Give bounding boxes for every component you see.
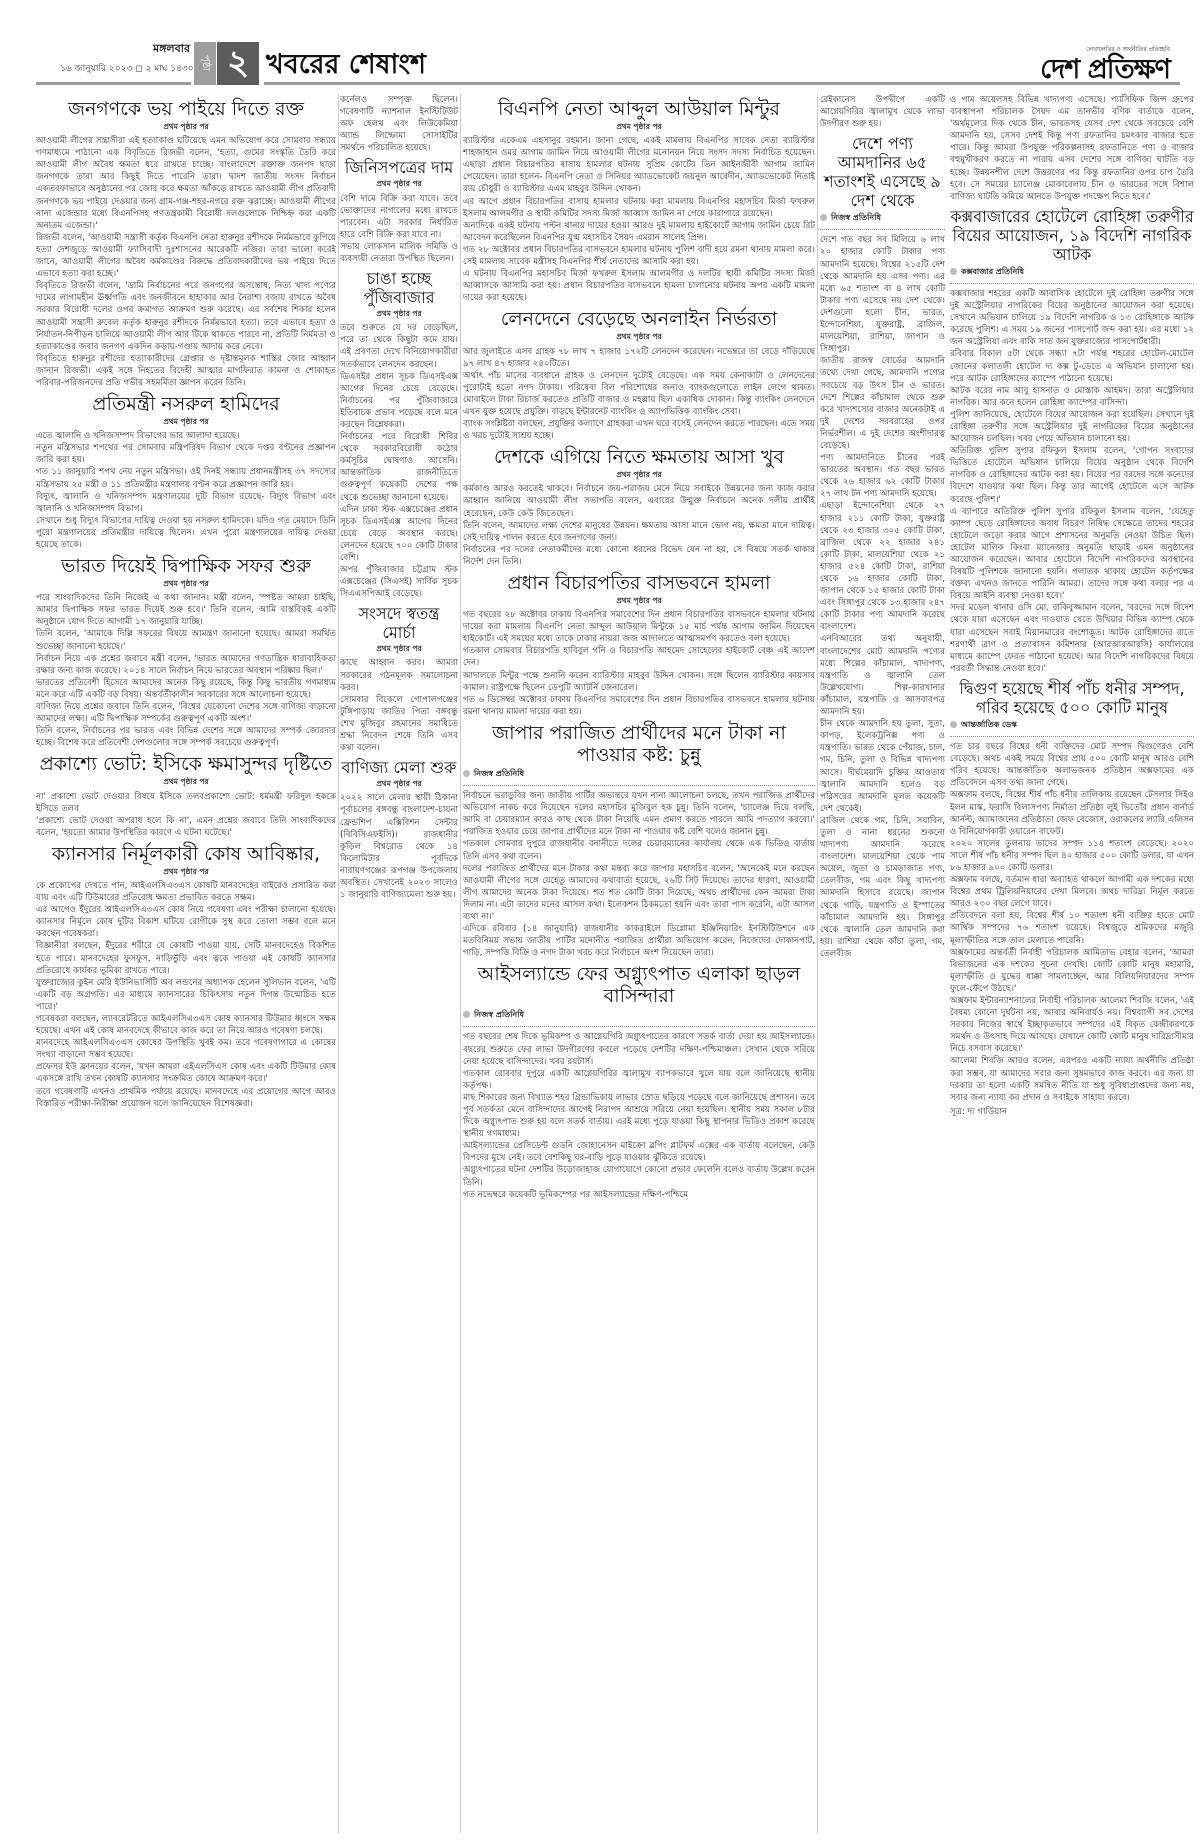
column-divider <box>817 94 818 1833</box>
article-headline[interactable]: দ্বিগুণ হয়েছে শীর্ষ পাঁচ ধনীর সম্পদ, গর… <box>950 679 1194 717</box>
article-trade-fair: বাণিজ্য মেলা শুরু প্রথম পৃষ্ঠার পর ২০২২ … <box>340 758 458 901</box>
article-paragraph: ভারতের প্রতিবেশী হিসেবে আমাদের অনেক কিছু… <box>36 677 336 701</box>
article-paragraph: দলের পরাজিত প্রার্থীদের মনে টাকার কথা মন… <box>463 863 815 923</box>
article-headline[interactable]: প্রতিমন্ত্রী নসরুল হামিদের <box>36 393 336 415</box>
article-paragraph: কে প্রকোপের দেখতে পান, আইএলসিএ৩এস কোষটি … <box>36 880 336 904</box>
column-4: রেইকানেস উপদ্বীপে একটি আগ্নেয়গিরির জ্বা… <box>820 94 945 1843</box>
byline-text: কক্সবাজার প্রতিনিধি <box>961 267 1024 276</box>
article-paragraph: প্রফেসর ইউ ফ্রানয়ের বলেন, 'যখন আমরা এইএ… <box>36 1061 336 1085</box>
article-paragraph: এ ঘটনায় বিএনপির মহাসচিব মির্জা ফখরুল ইস… <box>463 268 815 304</box>
article-paragraph: নতুন মন্ত্রিসভার শপথের পর সোমবার মন্ত্রি… <box>36 442 336 466</box>
continued-label: প্রথম পৃষ্ঠার পর <box>340 778 458 790</box>
article-paragraph: গবেষকরা বলছেন, ল্যাবরেটরিতে আইএলসিএ৩এস ক… <box>36 1013 336 1037</box>
page-number: ২ <box>217 42 259 85</box>
article-headline[interactable]: বিএনপি নেতা আব্দুল আউয়াল মিন্টুর <box>463 98 815 120</box>
article-paragraph: ও পাম অয়েলসহ বিভিন্ন খাদ্যপণ্য এসেছে। প… <box>950 94 1194 203</box>
article-paragraph: ব্যাংক সংশ্লিষ্টরা বলছেন, প্রযুক্তির কল্… <box>463 418 815 442</box>
article-paragraph: সদর মডেল থানার ওসি মো. রাকিবুজ্জামান বলে… <box>950 602 1194 675</box>
article-paragraph: ব্রাজিল থেকে গম, চিনি, সয়াবিন, তুলা ও ন… <box>820 815 945 960</box>
article-paragraph: গতকাল সোমবার দুপুরে রাজধানীর বনানীতে দলে… <box>463 838 815 862</box>
article-paragraph: অক্সফাম বলছে, বর্তমান ধারা অব্যাহত থাকলে… <box>950 874 1194 910</box>
continued-label: প্রথম পৃষ্ঠার পর <box>36 416 336 428</box>
article-paragraph: গত বছরের শেষ দিকে ভূমিকম্প ও আগ্নেয়গিরি… <box>463 1031 815 1067</box>
issue-day: মঙ্গলবার <box>60 40 190 59</box>
continued-label: প্রথম পৃষ্ঠার পর <box>36 866 336 878</box>
article-paragraph: এতে জ্বালানি ও খনিজসম্পদ বিভাগের ভার আলা… <box>36 430 336 442</box>
continued-label: প্রথম পৃষ্ঠার পর <box>340 308 458 320</box>
byline: কক্সবাজার প্রতিনিধি <box>950 266 1194 284</box>
article-paragraph: মানবদেহে আইএলসিএ৩এস কোষের উপস্থিতি খুবই … <box>36 1037 336 1061</box>
article-paragraph: বিদ্যুৎ, জ্বালানি ও খনিজসম্পদ মন্ত্রণালয… <box>36 491 336 515</box>
newspaper-logo: লেখালেখির ও অর্থনীতির প্রতিচ্ছবি দেশ প্র… <box>1040 44 1170 85</box>
article-paragraph: আলেমা শিবজি আরও বলেন, এরপরও একটি ন্যায্য… <box>950 1055 1194 1103</box>
article-paragraph: সভায় লোকসান মালিক সমিতি ও ব্যবসায়ী নেত… <box>340 241 458 265</box>
byline-text: আন্তর্জাতিক ডেস্ক <box>961 720 1017 729</box>
article-iceland-eruption: আইসল্যান্ডে ফের অগ্ন্যুৎপাত এলাকা ছাড়ল … <box>463 963 815 1200</box>
article-paragraph: পুলিশ জানিয়েছে, হোটেলে বিয়ের আয়োজন কর… <box>950 409 1194 445</box>
article-paragraph: পণ্য আমদানিতে চীনের পরই ভারতের অবস্থান। … <box>820 452 945 500</box>
article-source: সূত্র: দ্য গার্ডিয়ান <box>950 1106 1194 1118</box>
continued-label: প্রথম পৃষ্ঠার পর <box>463 331 815 343</box>
bullet-icon <box>950 721 957 728</box>
article-paragraph: মাছ শিকারের জন্য বিখ্যাত শহর গ্রিন্ডাভিক… <box>463 1092 815 1140</box>
article-headline[interactable]: দেশকে এগিয়ে নিতে ক্ষমতায় আসা খুব <box>463 446 815 468</box>
article-headline[interactable]: জিনিসপত্রের দাম <box>340 158 458 177</box>
bullet-icon <box>463 1011 470 1018</box>
article-paragraph: কাছে আহ্বান করব। আমরা সরকারের গঠনমূলক সম… <box>340 657 458 693</box>
article-imports-nine-countries: রেইকানেস উপদ্বীপে একটি আগ্নেয়গিরির জ্বা… <box>820 94 945 960</box>
article-headline[interactable]: আইসল্যান্ডে ফের অগ্ন্যুৎপাত এলাকা ছাড়ল … <box>463 963 815 1007</box>
article-paragraph: অগ্ন্যুৎপাতের ঘটনা দেশটির উড়োজাহাজ যোগা… <box>463 1164 815 1188</box>
article-headline[interactable]: লেনদেনে বেড়েছে অনলাইন নির্ভরতা <box>463 308 815 330</box>
article-paragraph: সেখানে শুধু বিদ্যুৎ বিভাগের দায়িত্ব দেও… <box>36 515 336 551</box>
article-headline[interactable]: সংসদে স্বতন্ত্র মোর্চা <box>340 604 458 642</box>
article-paragraph: তিনি বলেন, আমাদের লক্ষ্য দেশের মানুষের উ… <box>463 520 815 544</box>
masthead: মঙ্গলবার ১৬ জানুয়ারি ২০২৩ ◻ ২ মাঘ ১৪৩০ … <box>0 0 1200 86</box>
brand-name: দেশ প্রতিক্ষণ <box>1040 55 1170 85</box>
article-paragraph: কক্সবাজার শহরের একটি আবাসিক হোটেলে দুই র… <box>950 288 1194 348</box>
article-paragraph: এছাড়া ইন্দোনেশিয়া থেকে ২৭ হাজার ২১১ কো… <box>820 500 945 633</box>
byline: আন্তর্জাতিক ডেস্ক <box>950 719 1194 737</box>
article-japa-chunnu: জাপার পরাজিত প্রার্থীদের মনে টাকা না পাও… <box>463 722 815 959</box>
article-rohingya-wedding: কক্সবাজারের হোটেলে রোহিঙ্গা তরুণীর বিয়ে… <box>950 207 1194 675</box>
article-paragraph: রেইকানেস উপদ্বীপে একটি আগ্নেয়গিরির জ্বা… <box>820 94 945 130</box>
article-paragraph: রিজভী বলেন, 'আওয়ামী সন্ত্রাসী কর্তৃক বি… <box>36 232 336 280</box>
article-paragraph: প্রতিবেদনে বলা হয়, বিশ্বের শীর্ষ ১০ শতা… <box>950 910 1194 946</box>
article-blood-to-scare-people: জনগণকে ভয় পাইয়ে দিতে রক্ত প্রথম পৃষ্ঠা… <box>36 98 336 389</box>
continued-label: প্রথম পৃষ্ঠার পর <box>463 595 815 607</box>
article-paragraph: গত বছরের ২৮ অক্টোবর ঢাকায় বিএনপির সমাবে… <box>463 609 815 645</box>
article-paragraph: অপর পুঁজিবাজার চট্টগ্রাম স্টক এক্সচেঞ্জে… <box>340 564 458 600</box>
article-paragraph: অন্যদিকে একই ঘটনায় পল্টন থানায় দায়ের … <box>463 220 815 244</box>
article-paragraph: আর জুলাইতে এসব গ্রাহক ৭৮ লাখ ৭ হাজার ১৭২… <box>463 346 815 370</box>
article-paragraph: তিনি বলেন, নির্বাচনের পর ভারত এবং বিভিন্… <box>36 725 336 749</box>
article-paragraph: গত চার বছরে বিশ্বের ধনী ব্যক্তিদের মোট স… <box>950 741 1194 789</box>
page-label: পৃষ্ঠা <box>194 42 216 85</box>
article-paragraph: আওয়ামী লীগের সন্ত্রাসীরা এই হত্যাকাণ্ড … <box>36 135 336 232</box>
article-paragraph: কর্নেলও সম্পৃক্ত ছিলেন। গবেষণাটি ন্যাশনা… <box>340 94 458 154</box>
article-commodity-prices: জিনিসপত্রের দাম প্রথম পৃষ্ঠার পর বেশি দা… <box>340 158 458 265</box>
byline: নিজস্ব প্রতিনিধি <box>463 1009 815 1027</box>
bullet-icon <box>463 770 470 777</box>
byline-text: নিজস্ব প্রতিনিধি <box>474 769 524 778</box>
article-paragraph: দেশে গত বছর সব মিলিয়ে ৬ লাখ ২০ হাজার কো… <box>820 234 945 355</box>
article-paragraph: ২০২২ সালে মেলার স্থায়ী ঠিকানা পূর্বাচলে… <box>340 792 458 901</box>
article-paragraph: পরে সাংবাদিকদের তিনি নিজেই এ কথা জানান। … <box>36 592 336 628</box>
article-paragraph: নির্বাচনের পরে বিরোধী শিবির থেকে সরকারবি… <box>340 431 458 504</box>
article-paragraph: এ ব্যাপারে অতিরিক্ত পুলিশ সুপার রফিকুল ই… <box>950 506 1194 603</box>
article-paragraph: 'প্রকাশ্যে ভোট দেওয়া অপরাধ হলে কি না', … <box>36 815 336 839</box>
column-3: বিএনপি নেতা আব্দুল আউয়াল মিন্টুর প্রথম … <box>463 94 815 1843</box>
column-1: জনগণকে ভয় পাইয়ে দিতে রক্ত প্রথম পৃষ্ঠা… <box>36 94 336 1843</box>
article-headline[interactable]: চাঙা হচ্ছে পুঁজিবাজার <box>340 269 458 307</box>
article-headline[interactable]: প্রধান বিচারপতির বাসভবনে হামলা <box>463 572 815 594</box>
article-paragraph: অক্সফাম বলছে, বিশ্বের শীর্ষ পাঁচ ধনীর তা… <box>950 789 1194 837</box>
issue-date-block: মঙ্গলবার ১৬ জানুয়ারি ২০২৩ ◻ ২ মাঘ ১৪৩০ <box>60 40 190 76</box>
continued-label: প্রথম পৃষ্ঠার পর <box>463 121 815 133</box>
article-imports-continued: ও পাম অয়েলসহ বিভিন্ন খাদ্যপণ্য এসেছে। প… <box>950 94 1194 203</box>
byline: নিজস্ব প্রতিনিধি <box>820 212 945 230</box>
article-paragraph: যুক্তরাজ্যের কুইন মেরি ইউনিভার্সিটি অব ল… <box>36 977 336 1013</box>
article-headline[interactable]: প্রকাশ্যে ভোট: ইসিকে ক্ষমাসুন্দর দৃষ্টিত… <box>36 753 336 775</box>
article-paragraph: বেশি দামে বিক্রি করা যাবে। তবে ভোক্তাদের… <box>340 193 458 241</box>
article-chief-justice-attack: প্রধান বিচারপতির বাসভবনে হামলা প্রথম পৃষ… <box>463 572 815 718</box>
article-open-vote: প্রকাশ্যে ভোট: ইসিকে ক্ষমাসুন্দর দৃষ্টিত… <box>36 753 336 838</box>
article-headline[interactable]: কক্সবাজারের হোটেলে রোহিঙ্গা তরুণীর বিয়ে… <box>950 207 1194 264</box>
article-paragraph: আটক বরের নাম আবু হাসনাত ও মোস্তাক আহমদ। … <box>950 385 1194 409</box>
article-paragraph: অক্সফাম ইন্টারন্যাশনালের নির্বাহী পরিচাল… <box>950 995 1194 1055</box>
article-cancer-cell: ক্যানসার নির্মূলকারী কোষ আবিষ্কার, প্রথম… <box>36 843 336 1110</box>
article-paragraph: ২০২০ সালের তুলনায় তাদের সম্পদ ১১৪ শতাংশ… <box>950 838 1194 874</box>
article-paragraph: বিজ্ঞানীরা বলছেন, ইঁদুরের শরীরে যে কোষটি… <box>36 940 336 976</box>
continued-label: প্রথম পৃষ্ঠার পর <box>36 578 336 590</box>
continued-label: প্রথম পৃষ্ঠার পর <box>340 178 458 190</box>
article-headline[interactable]: ভারত দিয়েই দ্বিপাক্ষিক সফর শুরু <box>36 555 336 577</box>
article-paragraph: কর্মকাণ্ড আরও করতেই থাকবে। নির্বাচনে জয়… <box>463 483 815 519</box>
article-paragraph: এর আগে প্রধান বিচারপতির বাসায় হামলার ঘট… <box>463 196 815 220</box>
article-india-visit: ভারত দিয়েই দ্বিপাক্ষিক সফর শুরু প্রথম প… <box>36 555 336 749</box>
article-online-transactions: লেনদেনে বেড়েছে অনলাইন নির্ভরতা প্রথম পৃ… <box>463 308 815 442</box>
byline: নিজস্ব প্রতিনিধি <box>463 768 815 786</box>
continued-label: প্রথম পৃষ্ঠার পর <box>36 776 336 788</box>
article-paragraph: ডিএসইর প্রধান সূচক ডিএসইএক্স আগের দিনের … <box>340 371 458 431</box>
bullet-icon <box>820 214 827 221</box>
continued-label: প্রথম পৃষ্ঠার পর <box>340 643 458 655</box>
article-paragraph: গতকাল সোমবার বিচারপতি হাবিবুল গনি ও বিচা… <box>463 645 815 669</box>
article-paragraph: অতিরিক্ত পুলিশ সুপার রফিকুল ইসলাম বলেন, … <box>950 445 1194 505</box>
article-paragraph: আইসল্যান্ডের প্রেসিডেন্ট গুডনি জোহানেসন … <box>463 1140 815 1164</box>
article-paragraph: অর্থাৎ পাঁচ মাসের ব্যবধানে গ্রাহক ও লেনদ… <box>463 370 815 418</box>
article-paragraph: অক্সফামের অন্তর্বর্তী নির্বাহী পরিচালক আ… <box>950 947 1194 995</box>
article-paragraph: গত ১১ জানুয়ারি শপথ নেয় নতুন মন্ত্রিসভা… <box>36 466 336 490</box>
article-headline[interactable]: বাণিজ্য মেলা শুরু <box>340 758 458 777</box>
column-divider <box>338 94 339 1833</box>
article-paragraph: গতকাল রোববার দুপুরে একটি আগ্নেয়গিরির জ্… <box>463 1068 815 1092</box>
article-paragraph: বিবৃতিতে হারুনুর রশীদের হত্যাকারীদের গ্র… <box>36 353 336 389</box>
article-paragraph: গত ২৮ অক্টোবর প্রধান বিচারপতির বাসভবনে হ… <box>463 244 815 268</box>
article-paragraph: এর আগেও ইঁদুরের আইএলসিএ৩এস কোষ নিয়ে গবে… <box>36 904 336 940</box>
article-independent-alliance: সংসদে স্বতন্ত্র মোর্চা প্রথম পৃষ্ঠার পর … <box>340 604 458 754</box>
continued-label: প্রথম পৃষ্ঠার পর <box>36 121 336 133</box>
article-paragraph: গত ৬ ডিসেম্বর অক্টোবর ঢাকায় বিএনপির সমা… <box>463 694 815 718</box>
article-paragraph: চীন থেকে আমদানি হয় তুলা, সুতা, কাপড়, ই… <box>820 718 945 815</box>
article-paragraph: জাতীয় রাজস্ব বোর্ডের আমদানি তথ্যে দেখা … <box>820 355 945 452</box>
article-headline[interactable]: জনগণকে ভয় পাইয়ে দিতে রক্ত <box>36 98 336 120</box>
bullet-icon <box>950 268 957 275</box>
article-paragraph: বাণিজ্য নিয়ে প্রশ্নের জবাবে তিনি বলেন, … <box>36 701 336 725</box>
article-paragraph: তিনি বলেন, 'আমাকে দিল্লি সফরের বিষয়ে আম… <box>36 628 336 652</box>
article-mintu-bail: বিএনপি নেতা আব্দুল আউয়াল মিন্টুর প্রথম … <box>463 98 815 304</box>
article-oxfam-wealth: দ্বিগুণ হয়েছে শীর্ষ পাঁচ ধনীর সম্পদ, গর… <box>950 679 1194 1118</box>
article-paragraph: আদালতে মিন্টুর পক্ষে শুনানি করেন ব্যারিস… <box>463 670 815 694</box>
article-headline[interactable]: জাপার পরাজিত প্রার্থীদের মনে টাকা না পাও… <box>463 722 815 766</box>
article-paragraph: তবে গবেষণাটি এখনও প্রাথমিক পর্যায়ে রয়ে… <box>36 1086 336 1110</box>
article-paragraph: এদিন ঢাকা স্টক এক্সচেঞ্জের প্রধান সূচক ড… <box>340 504 458 564</box>
article-paragraph: নির্বাচন নিয়ে এক প্রশ্নের জবাবে মন্ত্রী… <box>36 653 336 677</box>
column-divider <box>460 94 461 1833</box>
article-paragraph: গত নভেম্বরে কয়েকটি ভূমিকম্পের পর আইসল্য… <box>463 1189 815 1201</box>
article-paragraph: রবিবার বিকাল ৫টা থেকে সন্ধ্যা ৭টা পর্যন্… <box>950 348 1194 384</box>
header-rule-left <box>36 82 191 85</box>
article-headline[interactable]: দেশে পণ্য আমদানির ৬৫ শতাংশই এসেছে ৯ দেশ … <box>820 134 945 210</box>
byline-text: নিজস্ব প্রতিনিধি <box>474 1010 524 1019</box>
article-paragraph: বিবৃতিতে রিজভী বলেন, 'ডামি নির্বাচনের পর… <box>36 280 336 353</box>
article-paragraph: নির্বাচনের পর দলের নেতাকর্মীদের মধ্যে কো… <box>463 544 815 568</box>
article-paragraph: এদিকে রবিবার (১৪ জানুয়ারি) রাজধানীর কাক… <box>463 923 815 959</box>
article-stock-market: চাঙা হচ্ছে পুঁজিবাজার প্রথম পৃষ্ঠার পর ত… <box>340 269 458 600</box>
continued-label: প্রথম পৃষ্ঠার পর <box>463 469 815 481</box>
article-nasrul-hamid: প্রতিমন্ত্রী নসরুল হামিদের প্রথম পৃষ্ঠার… <box>36 393 336 551</box>
article-paragraph: ব্যারিস্টার একেএম এহসানুর রহমান। জানা গে… <box>463 135 815 195</box>
article-paragraph: না' প্রকাশ্যে ভোট দেওয়ার বিষয়ে ইসিকে ত… <box>36 791 336 815</box>
article-paragraph: তবে শুরুতে যে দর বেড়েছিল, পরে তা থেকে ক… <box>340 322 458 370</box>
article-paragraph: নির্বাচনে ভরাডুবির জন্য জাতীয় পার্টির অ… <box>463 790 815 838</box>
article-paragraph: এনবিআরের তথ্য অনুযায়ী, বাংলাদেশের মোট আ… <box>820 633 945 718</box>
column-2: কর্নেলও সম্পৃক্ত ছিলেন। গবেষণাটি ন্যাশনা… <box>340 94 458 1843</box>
byline-text: নিজস্ব প্রতিনিধি <box>831 213 881 222</box>
article-paragraph: সোমবার বিকেলে গোপালগঞ্জের টুঙ্গিপাড়ায় … <box>340 694 458 754</box>
article-cancer-continued: কর্নেলও সম্পৃক্ত ছিলেন। গবেষণাটি ন্যাশনা… <box>340 94 458 154</box>
issue-date: ১৬ জানুয়ারি ২০২৩ ◻ ২ মাঘ ১৪৩০ <box>60 61 190 76</box>
article-power-responsibility: দেশকে এগিয়ে নিতে ক্ষমতায় আসা খুব প্রথম… <box>463 446 815 568</box>
article-headline[interactable]: ক্যানসার নির্মূলকারী কোষ আবিষ্কার, <box>36 843 336 865</box>
column-5: ও পাম অয়েলসহ বিভিন্ন খাদ্যপণ্য এসেছে। প… <box>950 94 1194 1843</box>
